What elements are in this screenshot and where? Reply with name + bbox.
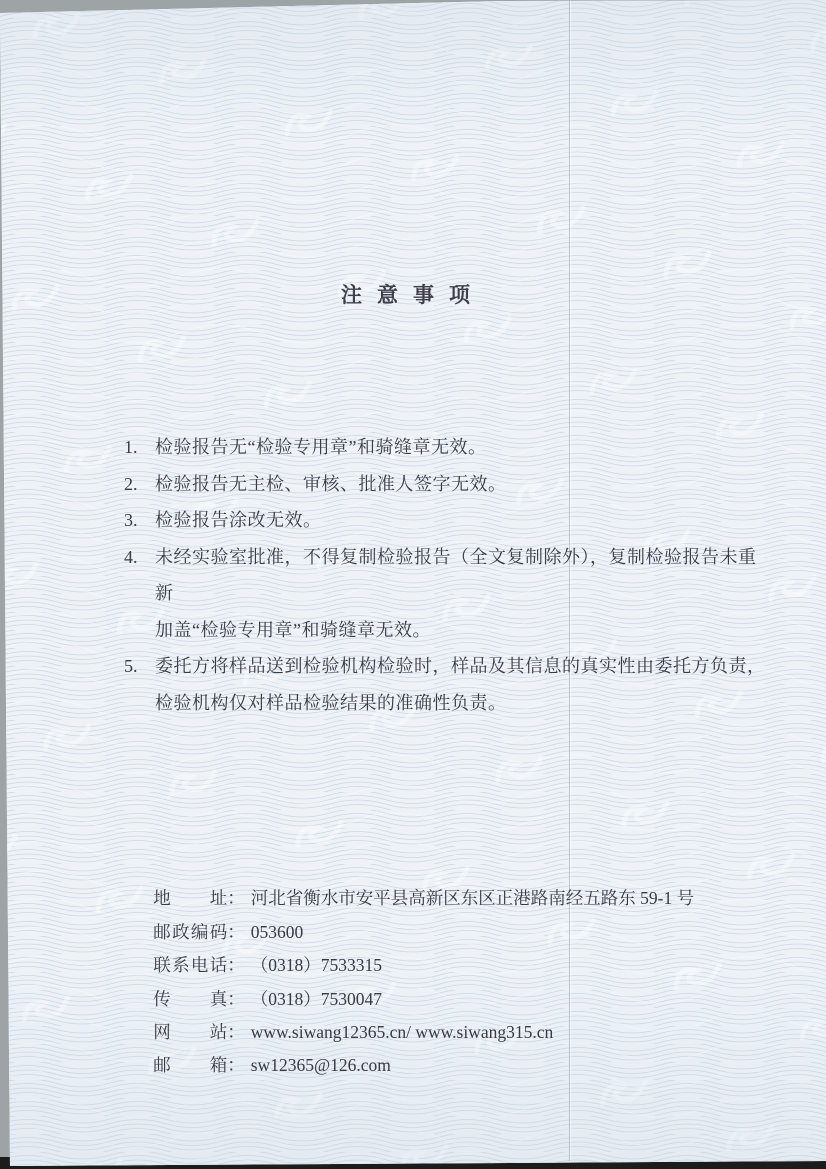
notice-text: 检验报告无主检、审核、批准人签字无效。: [155, 466, 768, 503]
notices-list: 1. 检验报告无“检验专用章”和骑缝章无效。 2. 检验报告无主检、审核、批准人…: [124, 429, 768, 721]
notice-text: 检验报告无“检验专用章”和骑缝章无效。: [155, 429, 768, 466]
contact-value: www.siwang12365.cn/ www.siwang315.cn: [251, 1022, 553, 1042]
notice-number: 4.: [124, 539, 155, 576]
notice-item: 4. 未经实验室批准，不得复制检验报告（全文复制除外），复制检验报告未重新 加盖…: [124, 539, 768, 649]
contact-label: 传真: [153, 983, 227, 1016]
notice-text: 检验报告涂改无效。: [155, 502, 768, 539]
contact-label: 邮政编码: [153, 916, 227, 949]
notice-number: 1.: [124, 429, 155, 466]
notice-number: 5.: [124, 648, 155, 685]
page-title: 注意事项: [0, 284, 826, 306]
contact-colon: ：: [227, 983, 245, 1016]
notice-item: 3. 检验报告涂改无效。: [124, 502, 768, 539]
contact-value: （0318）7533315: [251, 955, 382, 975]
contact-colon: ：: [227, 916, 245, 949]
contact-label: 联系电话: [153, 949, 227, 982]
contact-value: 河北省衡水市安平县高新区东区正港路南经五路东 59-1 号: [251, 888, 694, 908]
contact-colon: ：: [227, 1016, 245, 1049]
notice-item: 2. 检验报告无主检、审核、批准人签字无效。: [124, 466, 768, 503]
notice-item: 5. 委托方将样品送到检验机构检验时，样品及其信息的真实性由委托方负责， 检验机…: [124, 648, 768, 721]
notice-number: 2.: [124, 466, 155, 503]
notice-text: 未经实验室批准，不得复制检验报告（全文复制除外），复制检验报告未重新 加盖“检验…: [155, 539, 768, 649]
contact-colon: ：: [227, 882, 245, 915]
contact-label: 邮箱: [153, 1049, 227, 1082]
contact-info-block: 地址：河北省衡水市安平县高新区东区正港路南经五路东 59-1 号 邮政编码：05…: [127, 849, 768, 1049]
document-page: 注意事项 1. 检验报告无“检验专用章”和骑缝章无效。 2. 检验报告无主检、审…: [0, 0, 826, 1169]
notice-item: 1. 检验报告无“检验专用章”和骑缝章无效。: [124, 429, 768, 466]
notice-number: 3.: [124, 502, 155, 539]
contact-value: 053600: [251, 922, 304, 942]
notice-text: 委托方将样品送到检验机构检验时，样品及其信息的真实性由委托方负责， 检验机构仅对…: [155, 648, 768, 721]
scanned-document: { "title": "注意事项", "colon": "：", "notes"…: [0, 0, 826, 1169]
contact-value: sw12365@126.com: [251, 1055, 391, 1075]
contact-label: 网站: [153, 1016, 227, 1049]
contact-row-address: 地址：河北省衡水市安平县高新区东区正港路南经五路东 59-1 号: [127, 849, 768, 882]
contact-label: 地址: [153, 882, 227, 915]
contact-colon: ：: [227, 1049, 245, 1082]
contact-colon: ：: [227, 949, 245, 982]
contact-value: （0318）7530047: [251, 989, 382, 1009]
